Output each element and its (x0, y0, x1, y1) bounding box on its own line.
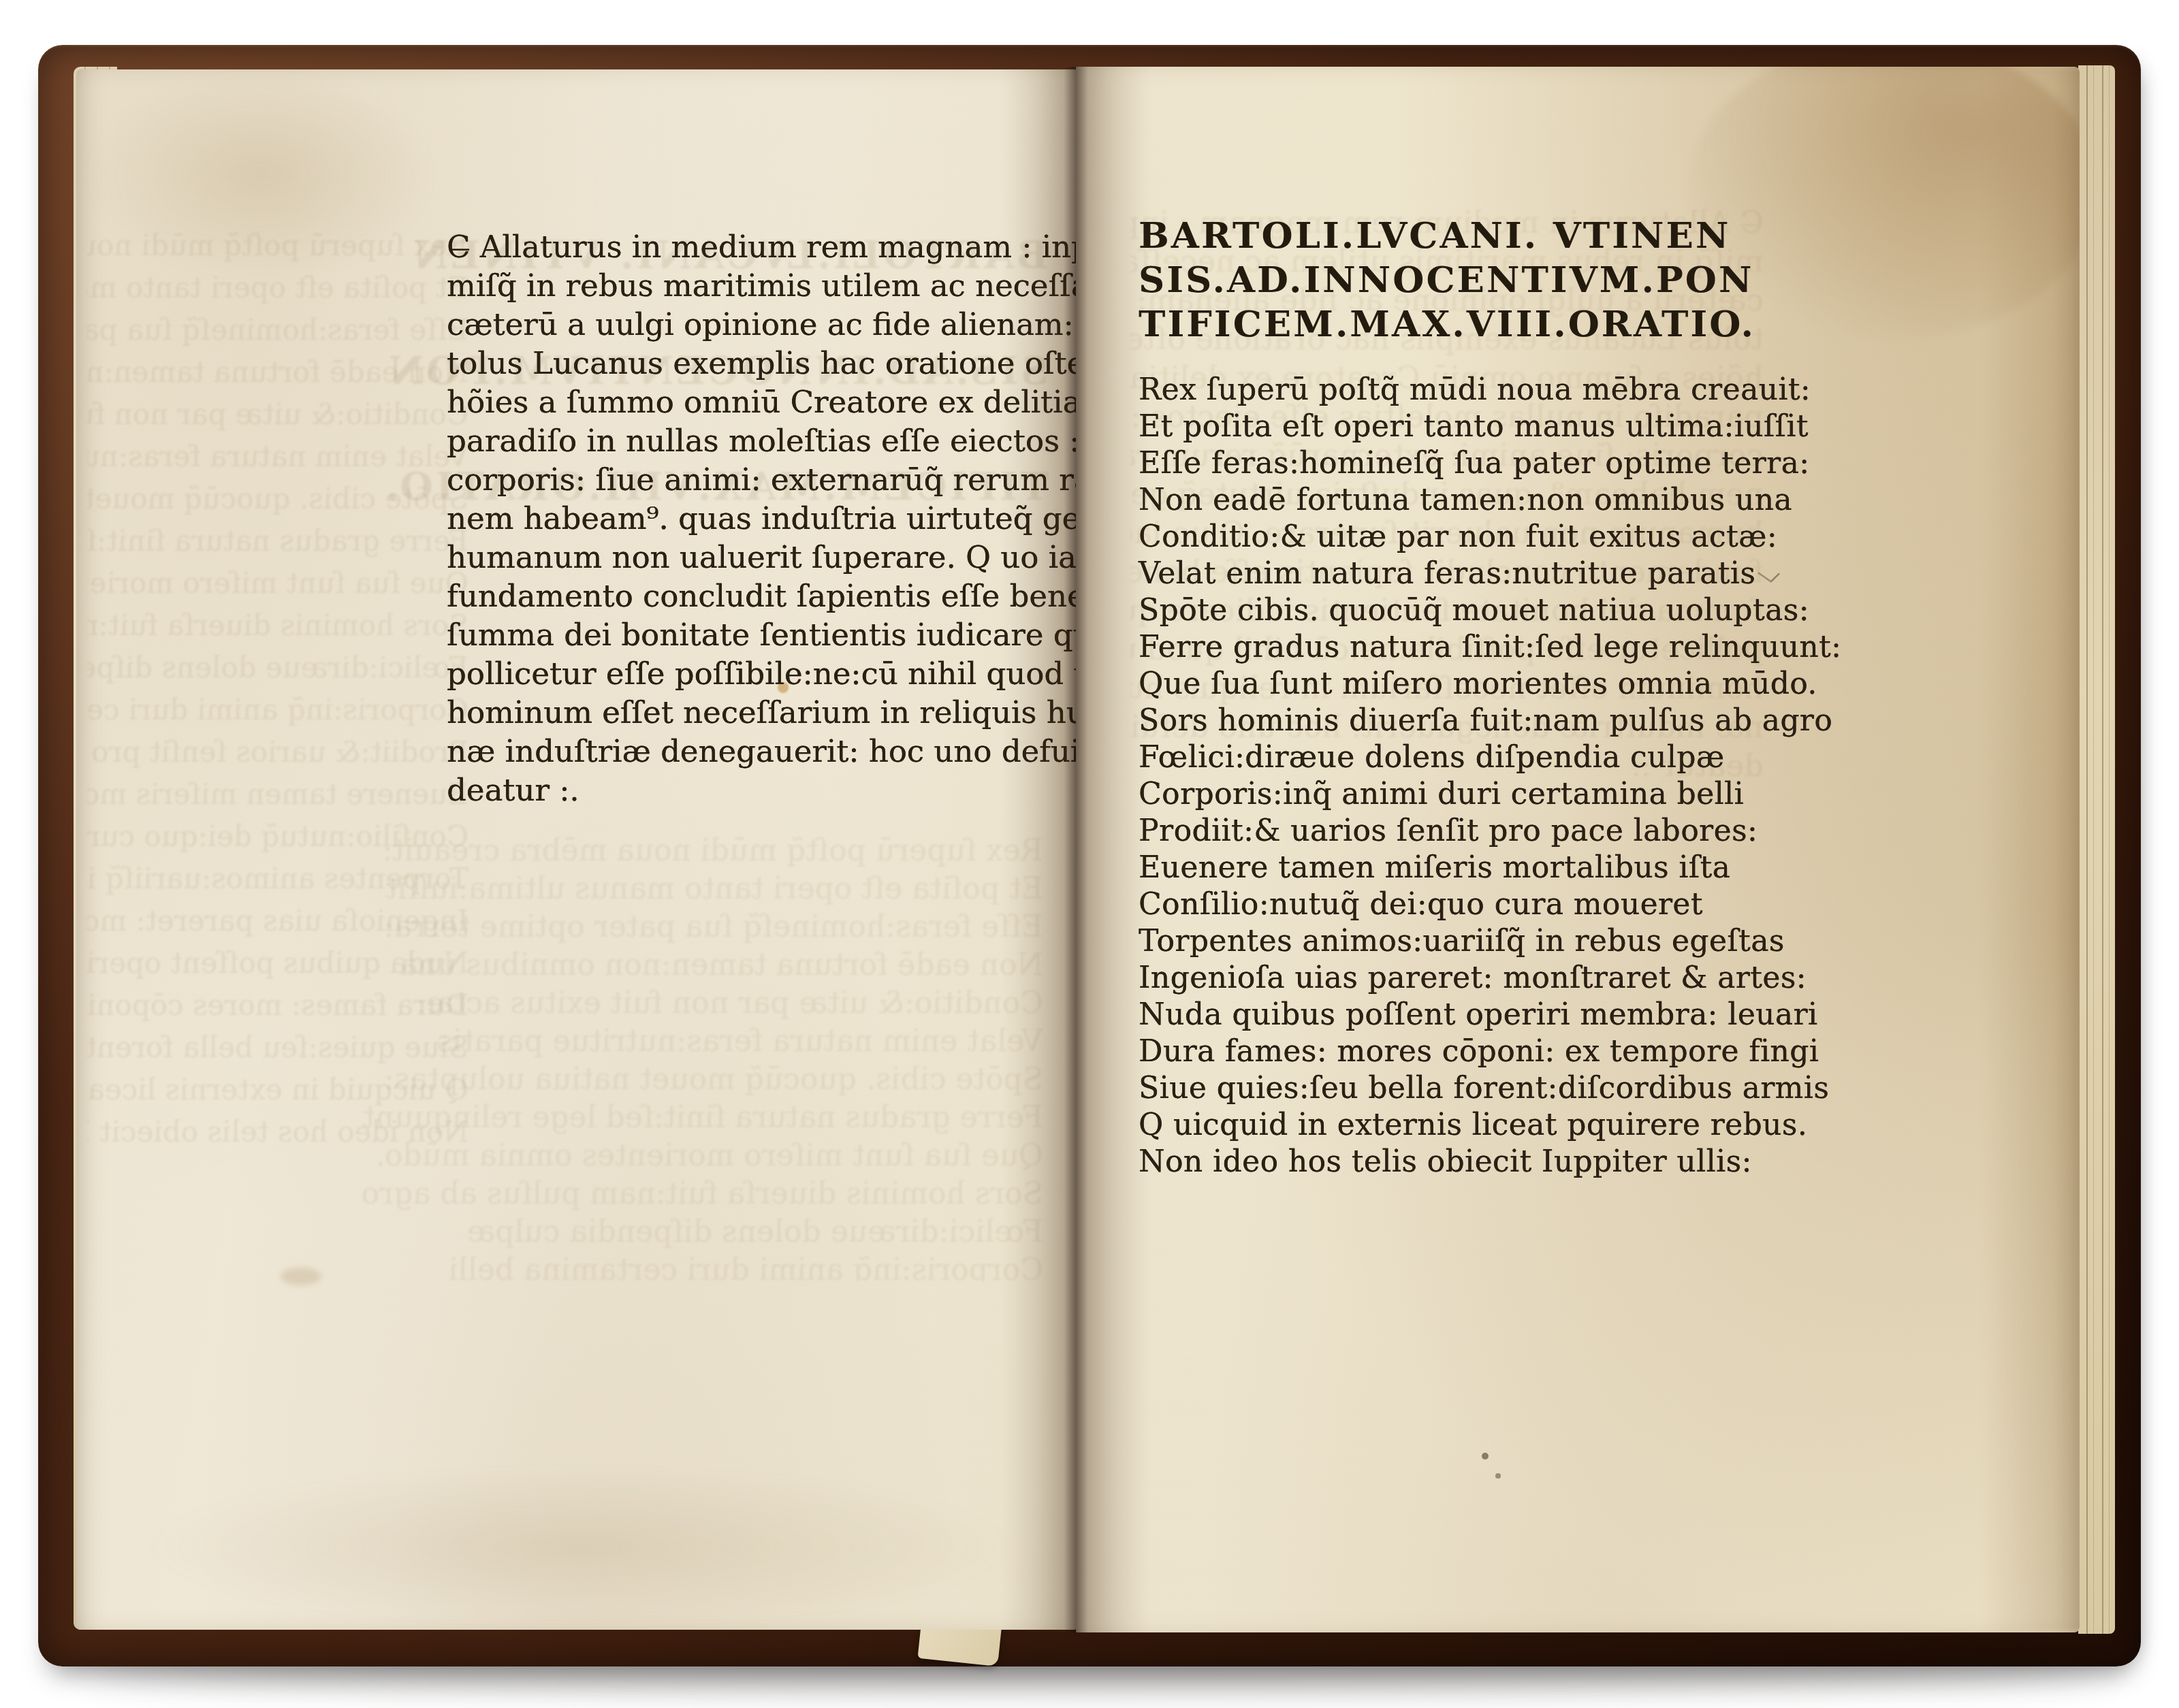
stain (1982, 67, 2080, 1632)
verse-line: Nuda quibus poſſent operiri membra: leua… (1139, 997, 1792, 1033)
paragraph-line: nem habeam⁹. quas induſtria uirtuteq̃ ge… (447, 499, 1073, 538)
showthrough-line: Euenere tamen miſeris mortalibus iſta (87, 773, 468, 816)
verse-line: Sors hominis diuerſa fuit:nam pulſus ab … (1139, 703, 1792, 739)
verse-line: Siue quies:ſeu bella forent:diſcordibus … (1139, 1070, 1792, 1107)
verse-line: Ingenioſa uias pareret: monſtraret & art… (1139, 960, 1792, 997)
showthrough-line: Rex ſuperū poſtq̃ mūdi noua mēbra creaui… (87, 225, 468, 267)
verse-line: Corporis:inq̃ animi duri certamina belli (1139, 776, 1792, 813)
showthrough-line: Velat enim natura feras:nutritue paratis (362, 1022, 1043, 1061)
paragraph-line: hominum eſſet neceſſarium in reliquis hu… (447, 693, 1073, 732)
showthrough-lower-block: Rex ſuperū poſtq̃ mūdi noua mēbra creaui… (362, 832, 1043, 1281)
paragraph-line: fundamento concludit ſapientis eſſe bene… (447, 577, 1073, 615)
showthrough-line: Conditio:& uitæ par non fuit exitus actæ… (87, 393, 468, 436)
verse-line: Dura fames: mores cōponi: ex tempore fin… (1139, 1033, 1792, 1070)
showthrough-line: Sors hominis diuerſa fuit:nam pulſus ab … (362, 1175, 1043, 1213)
showthrough-line: Prodiit:& uarios ſenſit pro pace labores… (87, 731, 468, 773)
paragraph-line: corporis: ſiue animi: externarūq̃ rerum … (447, 460, 1073, 499)
showthrough-line: Eſſe feras:homineſq̃ ſua pater optime te… (87, 309, 468, 351)
paragraph-line: tolus Lucanus exemplis hac oratione oſte… (447, 344, 1073, 383)
showthrough-line: Fœlici:diræue dolens diſpendia culpæ (87, 647, 468, 689)
showthrough-line: Spōte cibis. quocūq̃ mouet natiua uolupt… (87, 478, 468, 520)
showthrough-line: Non ideo hos telis obiecit Iuppiter ulli… (87, 1111, 468, 1153)
showthrough-line: Ingenioſa uias pareret: monſtraret & art… (87, 900, 468, 942)
verse-line: Rex ſuperū poſtq̃ mūdi noua mēbra creaui… (1139, 372, 1792, 408)
showthrough-line: Spōte cibis. quocūq̃ mouet natiua uolupt… (362, 1061, 1043, 1099)
paragraph-line: humanum non ualuerit ſuperare. Q uo iact… (447, 538, 1073, 577)
right-page-edge-stack (2078, 65, 2115, 1634)
showthrough-line: Sors hominis diuerſa fuit:nam pulſus ab … (87, 605, 468, 647)
verse-line: Non eadē fortuna tamen:non omnibus una (1139, 482, 1792, 519)
showthrough-line: Non eadē fortuna tamen:non omnibus una (362, 946, 1043, 984)
showthrough-line: Conditio:& uitæ par non fuit exitus actæ… (362, 984, 1043, 1022)
showthrough-line: Non eadē fortuna tamen:non omnibus una (87, 351, 468, 393)
stain (1495, 1473, 1501, 1479)
right-page-verse: Rex ſuperū poſtq̃ mūdi noua mēbra creaui… (1139, 372, 1792, 1180)
stain (83, 69, 437, 280)
showthrough-line: Nuda quibus poſſent operiri membra: leua… (87, 942, 468, 984)
showthrough-left-column: Rex ſuperū poſtq̃ mūdi noua mēbra creaui… (87, 225, 468, 1287)
verse-line: Spōte cibis. quocūq̃ mouet natiua uolupt… (1139, 592, 1792, 629)
paragraph-line: C̶ Allaturus in medium rem magnam : inpr… (447, 227, 1073, 266)
right-page: C̶ Allaturus in medium rem magnam : inpr… (1076, 67, 2080, 1632)
stain (281, 1268, 321, 1285)
showthrough-line: Et poſita eſt operi tanto manus ultima:i… (87, 267, 468, 309)
showthrough-line: Conſilio:nutuq̃ dei:quo cura moueret (87, 816, 468, 858)
showthrough-line: Fœlici:diræue dolens diſpendia culpæ (362, 1213, 1043, 1251)
showthrough-line: Q uicquid in externis liceat pquirere re… (87, 1069, 468, 1111)
verse-line: Q uicquid in externis liceat pquirere re… (1139, 1107, 1792, 1144)
showthrough-line: Dura fames: mores cōponi: ex tempore fin… (87, 984, 468, 1027)
verse-line: Conditio:& uitæ par non fuit exitus actæ… (1139, 519, 1792, 555)
showthrough-line: Velat enim natura feras:nutritue paratis (87, 436, 468, 478)
paragraph-line: paradiſo in nullas moleſtias eſſe eiecto… (447, 421, 1073, 460)
right-page-title: BARTOLI.LVCANI. VTINENSIS.AD.INNOCENTIVM… (1139, 214, 1792, 347)
verse-line: Torpentes animos:uariiſq̃ in rebus egeſt… (1139, 923, 1792, 960)
paragraph-line: deatur :. (447, 771, 1073, 809)
showthrough-line: Et poſita eſt operi tanto manus ultima:i… (362, 870, 1043, 908)
showthrough-line: Eſſe feras:homineſq̃ ſua pater optime te… (362, 908, 1043, 946)
paragraph-line: hõies a ſummo omniū Creatore ex delitiar… (447, 383, 1073, 421)
showthrough-line: Siue quies:ſeu bella forent:diſcordibus … (87, 1027, 468, 1069)
verse-line: Non ideo hos telis obiecit Iuppiter ulli… (1139, 1144, 1792, 1180)
showthrough-line: Ferre gradus natura ſinit:ſed lege relin… (87, 520, 468, 562)
verse-line: Que ſua ſunt miſero morientes omnia mūdo… (1139, 666, 1792, 703)
left-page-paragraph: C̶ Allaturus in medium rem magnam : inpr… (447, 227, 1073, 809)
showthrough-line: Ferre gradus natura ſinit:ſed lege relin… (362, 1099, 1043, 1137)
gutter-shadow (1001, 67, 1151, 1632)
paragraph-line: pollicetur eſſe poſſibile:ne:cū nihil qu… (447, 654, 1073, 693)
verse-line: Ferre gradus natura ſinit:ſed lege relin… (1139, 629, 1792, 666)
left-page: BARTOLI.LVCANI. VTINENSIS.AD.INNOCENTIVM… (76, 69, 1076, 1630)
paragraph-line: miſq̃ in rebus maritimis utilem ac neceſ… (447, 266, 1073, 305)
verse-line: Conſilio:nutuq̃ dei:quo cura moueret (1139, 886, 1792, 923)
showthrough-line: Que ſua ſunt miſero morientes omnia mūdo… (362, 1137, 1043, 1175)
paragraph-line: næ induſtriæ denegauerit: hoc uno defuiſ… (447, 732, 1073, 771)
showthrough-line: Corporis:inq̃ animi duri certamina belli (362, 1251, 1043, 1281)
verse-line: Fœlici:diræue dolens diſpendia culpæ (1139, 739, 1792, 776)
showthrough-line: Corporis:inq̃ animi duri certamina belli (87, 689, 468, 731)
showthrough-line: Rex ſuperū poſtq̃ mūdi noua mēbra creaui… (362, 832, 1043, 870)
showthrough-line: Que ſua ſunt miſero morientes omnia mūdo… (87, 562, 468, 605)
verse-line: Velat enim natura feras:nutritue paratis (1139, 555, 1792, 592)
verse-line: Euenere tamen miſeris mortalibus iſta (1139, 850, 1792, 886)
paragraph-line: ſumma dei bonitate ſentientis iudicare q… (447, 615, 1073, 654)
title-line: TIFICEM.MAX.VIII.ORATIO. (1139, 302, 1792, 347)
verse-line: Et poſita eſt operi tanto manus ultima:i… (1139, 408, 1792, 445)
paragraph-line: cæterū a uulgi opinione ac fide alienam:… (447, 305, 1073, 344)
title-line: BARTOLI.LVCANI. VTINEN (1139, 214, 1792, 258)
stain (1482, 1453, 1489, 1460)
stain (138, 1465, 1023, 1628)
showthrough-line: Torpentes animos:uariiſq̃ in rebus egeſt… (87, 858, 468, 900)
verse-line: Eſſe feras:homineſq̃ ſua pater optime te… (1139, 445, 1792, 482)
verse-line: Prodiit:& uarios ſenſit pro pace labores… (1139, 813, 1792, 850)
title-line: SIS.AD.INNOCENTIVM.PON (1139, 258, 1792, 302)
photo-backdrop: BARTOLI.LVCANI. VTINENSIS.AD.INNOCENTIVM… (0, 0, 2179, 1708)
